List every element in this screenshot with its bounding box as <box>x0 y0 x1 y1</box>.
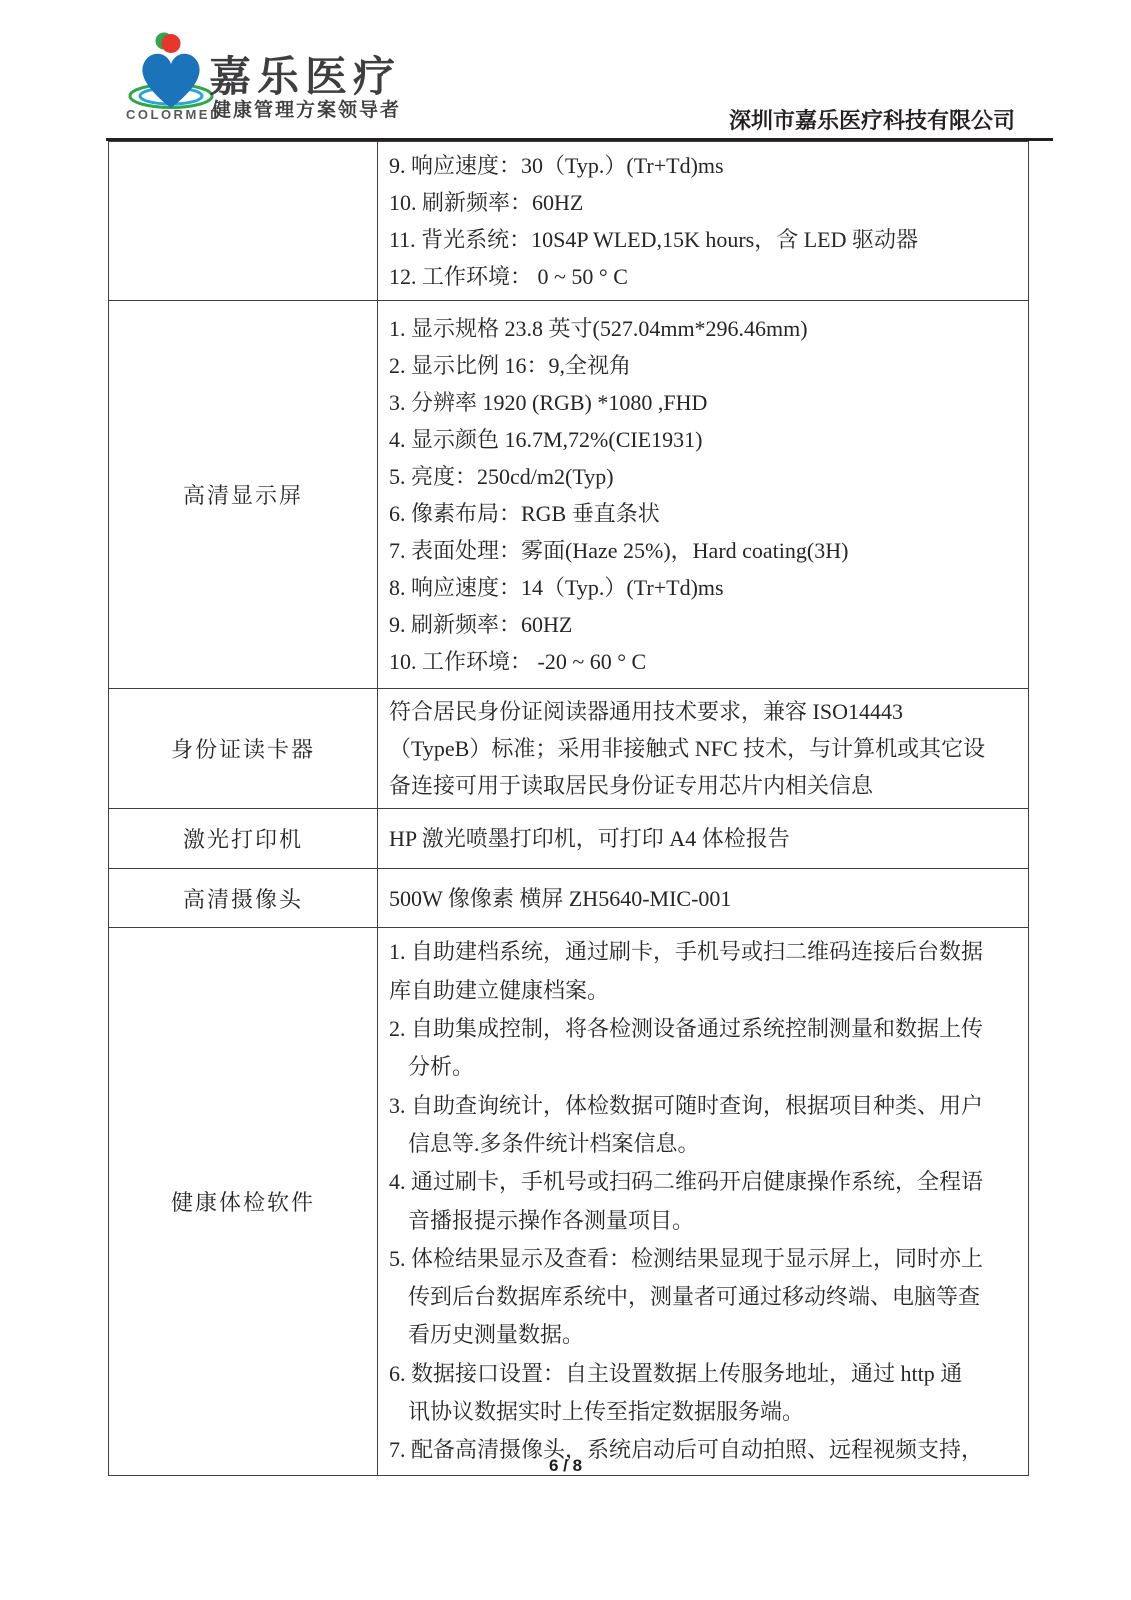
spec-line: 5. 体检结果显示及查看：检测结果显现于显示屏上，同时亦上 <box>389 1240 1022 1278</box>
spec-content-cell: 1. 自助建档系统，通过刷卡，手机号或扫二维码连接后台数据库自助建立健康档案。2… <box>378 928 1029 1476</box>
spec-line: 6. 像素布局：RGB 垂直条状 <box>389 495 1022 532</box>
spec-content-cell: 9. 响应速度：30（Typ.）(Tr+Td)ms10. 刷新频率：60HZ11… <box>378 142 1029 301</box>
spec-line: 1. 显示规格 23.8 英寸(527.04mm*296.46mm) <box>389 310 1022 347</box>
spec-line: 讯协议数据实时上传至指定数据服务端。 <box>389 1393 1022 1431</box>
page-number: 6 / 8 <box>0 1456 1131 1476</box>
table-row: 身份证读卡器 符合居民身份证阅读器通用技术要求，兼容 ISO14443（Type… <box>109 689 1029 809</box>
spec-label-cell: 健康体检软件 <box>109 928 378 1476</box>
logo-heart-icon <box>142 54 199 108</box>
document-page: COLORMED 嘉乐医疗 健康管理方案领导者 深圳市嘉乐医疗科技有限公司 9.… <box>0 0 1131 1600</box>
spec-table: 9. 响应速度：30（Typ.）(Tr+Td)ms10. 刷新频率：60HZ11… <box>108 141 1029 1476</box>
spec-line: （TypeB）标准；采用非接触式 NFC 技术，与计算机或其它设 <box>389 730 1022 767</box>
spec-line: 传到后台数据库系统中，测量者可通过移动终端、电脑等查 <box>389 1278 1022 1316</box>
spec-line: 信息等.多条件统计档案信息。 <box>389 1125 1022 1163</box>
table-row: 9. 响应速度：30（Typ.）(Tr+Td)ms10. 刷新频率：60HZ11… <box>109 142 1029 301</box>
logo-brand-en: COLORMED <box>126 107 218 122</box>
spec-label-cell: 高清摄像头 <box>109 869 378 928</box>
spec-line: 3. 分辨率 1920 (RGB) *1080 ,FHD <box>389 384 1022 421</box>
spec-line: 1. 自助建档系统，通过刷卡，手机号或扫二维码连接后台数据 <box>389 933 1022 971</box>
spec-content-cell: 500W 像像素 横屏 ZH5640-MIC-001 <box>378 869 1029 928</box>
spec-line: 7. 表面处理：雾面(Haze 25%)，Hard coating(3H) <box>389 532 1022 569</box>
spec-line: 分析。 <box>389 1048 1022 1086</box>
spec-content-cell: HP 激光喷墨打印机，可打印 A4 体检报告 <box>378 809 1029 869</box>
spec-line: 2. 自助集成控制，将各检测设备通过系统控制测量和数据上传 <box>389 1010 1022 1048</box>
table-row: 健康体检软件 1. 自助建档系统，通过刷卡，手机号或扫二维码连接后台数据库自助建… <box>109 928 1029 1476</box>
spec-line: 9. 刷新频率：60HZ <box>389 606 1022 643</box>
spec-content-cell: 符合居民身份证阅读器通用技术要求，兼容 ISO14443（TypeB）标准；采用… <box>378 689 1029 809</box>
spec-line: 11. 背光系统：10S4P WLED,15K hours，含 LED 驱动器 <box>389 221 1022 258</box>
table-row: 高清摄像头 500W 像像素 横屏 ZH5640-MIC-001 <box>109 869 1029 928</box>
spec-line: 4. 显示颜色 16.7M,72%(CIE1931) <box>389 421 1022 458</box>
colormed-logo-icon <box>126 30 218 114</box>
spec-line: 9. 响应速度：30（Typ.）(Tr+Td)ms <box>389 147 1022 184</box>
spec-label-cell: 激光打印机 <box>109 809 378 869</box>
company-name: 深圳市嘉乐医疗科技有限公司 <box>729 104 1015 135</box>
spec-line: 8. 响应速度：14（Typ.）(Tr+Td)ms <box>389 569 1022 606</box>
spec-line: HP 激光喷墨打印机，可打印 A4 体检报告 <box>389 820 1022 857</box>
table-row: 激光打印机 HP 激光喷墨打印机，可打印 A4 体检报告 <box>109 809 1029 869</box>
logo-apple-icon <box>162 34 181 53</box>
spec-line: 音播报提示操作各测量项目。 <box>389 1202 1022 1240</box>
spec-line: 3. 自助查询统计，体检数据可随时查询，根据项目种类、用户 <box>389 1087 1022 1125</box>
spec-line: 库自助建立健康档案。 <box>389 972 1022 1010</box>
table-row: 高清显示屏 1. 显示规格 23.8 英寸(527.04mm*296.46mm)… <box>109 301 1029 689</box>
logo-tagline: 健康管理方案领导者 <box>212 95 401 122</box>
spec-line: 5. 亮度：250cd/m2(Typ) <box>389 458 1022 495</box>
spec-line: 12. 工作环境： 0 ~ 50 ° C <box>389 258 1022 295</box>
spec-line: 备连接可用于读取居民身份证专用芯片内相关信息 <box>389 767 1022 804</box>
spec-line: 看历史测量数据。 <box>389 1316 1022 1354</box>
spec-line: 10. 刷新频率：60HZ <box>389 184 1022 221</box>
spec-label-cell: 身份证读卡器 <box>109 689 378 809</box>
spec-line: 符合居民身份证阅读器通用技术要求，兼容 ISO14443 <box>389 693 1022 730</box>
spec-content-cell: 1. 显示规格 23.8 英寸(527.04mm*296.46mm)2. 显示比… <box>378 301 1029 689</box>
spec-line: 4. 通过刷卡，手机号或扫码二维码开启健康操作系统，全程语 <box>389 1163 1022 1201</box>
spec-line: 2. 显示比例 16：9,全视角 <box>389 347 1022 384</box>
spec-line: 10. 工作环境： -20 ~ 60 ° C <box>389 643 1022 680</box>
spec-line: 6. 数据接口设置：自主设置数据上传服务地址，通过 http 通 <box>389 1355 1022 1393</box>
spec-line: 500W 像像素 横屏 ZH5640-MIC-001 <box>389 880 1022 917</box>
spec-label-cell <box>109 142 378 301</box>
spec-label-cell: 高清显示屏 <box>109 301 378 689</box>
